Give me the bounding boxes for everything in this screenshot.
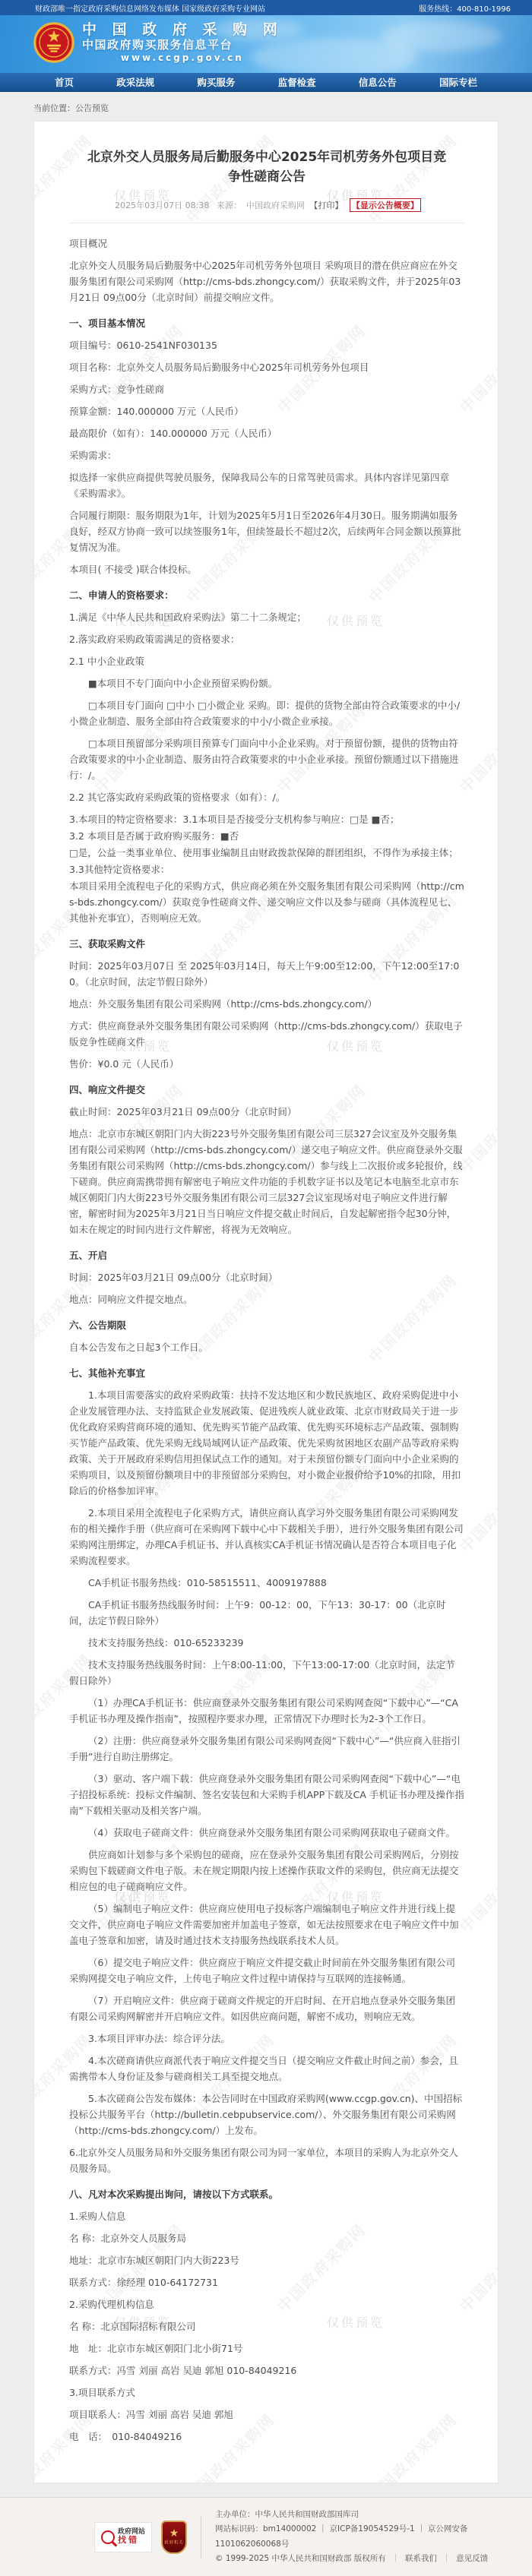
print-button[interactable]: 【打印】 (309, 199, 343, 211)
article-paragraph: 联系方式：徐经理 010-64172731 (69, 2274, 464, 2290)
top-slogan: 财政部唯一指定政府采购信息网络发布媒体 国家级政府采购专业网站 (35, 2, 265, 14)
hotline-label: 服务热线： (419, 5, 457, 14)
error-badge-line2: 找错 (118, 2536, 145, 2546)
site-logo[interactable]: 中 国 政 府 采 购 网 中国政府购买服务信息平台 www.ccgp.gov.… (33, 21, 283, 64)
article-paragraph: （5）编制电子响应文件：供应商应使用电子投标客户端编制电子响应文件并进行线上提交… (69, 1901, 464, 1949)
article-paragraph: 拟选择一家供应商提供驾驶员服务，保障我局公车的日常驾驶员需求。具体内容详见第四章… (69, 469, 464, 501)
contact-us-link[interactable]: 联系我们 (405, 2554, 437, 2563)
section-heading: 八、凡对本次采购提出询问，请按以下方式联系。 (69, 2186, 464, 2202)
article-paragraph: （6）提交电子响应文件：供应商应于响应文件提交截止时间前在外交服务集团有限公司采… (69, 1955, 464, 1987)
article-paragraph: 北京外交人员服务局后勤服务中心2025年司机劳务外包项目 采购项目的潜在供应商应… (69, 258, 464, 305)
article-paragraph: 2.采购代理机构信息 (69, 2296, 464, 2312)
section-heading: 一、项目基本情况 (69, 315, 464, 331)
article-paragraph: 项目概况 (69, 235, 464, 251)
article-paragraph: 合同履行期限：服务期限为1年，计划为2025年5月1日至2026年4月30日。服… (69, 507, 464, 555)
article-paragraph: 售价：¥0.0 元（人民币） (69, 1056, 464, 1072)
article-paragraph: 地点：同响应文件提交地点。 (69, 1291, 464, 1307)
article-paragraph: 时间：2025年03月21日 09点00分（北京时间） (69, 1269, 464, 1285)
footer-separator: ｜ (442, 2554, 451, 2563)
article-paragraph: 2.1 中小企业政策 (69, 653, 464, 669)
announcement-content: 北京外交人员服务局后勤服务中心2025年司机劳务外包项目竞争性磋商公告 2025… (34, 122, 498, 2483)
article-paragraph: 项目名称：北京外交人员服务局后勤服务中心2025年司机劳务外包项目 (69, 359, 464, 375)
article-paragraph: 地址：北京市东城区朝阳门内大街223号 (69, 2252, 464, 2268)
nav-item-announcements[interactable]: 信息公告 (359, 75, 397, 89)
nav-item-international[interactable]: 国际专栏 (439, 75, 477, 89)
show-summary-button[interactable]: 【显示公告概要】 (350, 198, 421, 212)
article-paragraph: 供应商如计划参与多个采购包的磋商，应在登录外交服务集团有限公司采购网后，分别按采… (69, 1847, 464, 1895)
national-emblem-icon (33, 22, 74, 63)
site-logo-text: 中 国 政 府 采 购 网 中国政府购买服务信息平台 www.ccgp.gov.… (82, 21, 283, 64)
site-subtitle: 中国政府购买服务信息平台 (82, 38, 283, 52)
article-paragraph: 项目编号：0610-2541NF030135 (69, 337, 464, 353)
footer-divider (201, 2516, 201, 2559)
article-paragraph: 1.满足《中华人民共和国政府采购法》第二十二条规定； (69, 609, 464, 625)
article-paragraph: 6.北京外交人员服务局和外交服务集团有限公司为同一家单位，本项目的采购人为北京外… (69, 2145, 464, 2176)
article-paragraph: （3）驱动、客户端下载：供应商登录外交服务集团有限公司采购网查阅“下载中心”—“… (69, 1771, 464, 1819)
hotline-number: 400-810-1996 (457, 5, 511, 14)
gov-agency-shield-badge[interactable]: ★ 政府机关 (161, 2521, 187, 2554)
article-body: 项目概况北京外交人员服务局后勤服务中心2025年司机劳务外包项目 采购项目的潜在… (69, 235, 464, 2445)
article-paragraph: 方式：供应商登录外交服务集团有限公司采购网（http://cms-bds.zho… (69, 1018, 464, 1050)
article-paragraph: 名 称：北京国际招标有限公司 (69, 2318, 464, 2334)
section-heading: 七、其他补充事宜 (69, 1365, 464, 1381)
shield-label: 政府机关 (164, 2539, 183, 2545)
article-paragraph: CA手机证书服务热线服务时间：上午9：00-12：00，下午13：30-17：0… (69, 1597, 464, 1629)
article-paragraph: 地点：外交服务集团有限公司采购网（http://cms-bds.zhongcy.… (69, 996, 464, 1012)
article-paragraph: （4）获取电子磋商文件：供应商登录外交服务集团有限公司采购网获取电子磋商文件。 (69, 1825, 464, 1841)
article-paragraph: 1.本项目需要落实的政府采购政策：扶持不发达地区和少数民族地区、政府采购促进中小… (69, 1387, 464, 1499)
publish-datetime: 2025年03月07日 08:38 (115, 201, 209, 210)
article-paragraph: 3.本项目的特定资格要求：3.1本项目是否接受分支机构参与响应：□是 ■否； (69, 811, 464, 827)
article-paragraph: 地点：北京市东城区朝阳门内大街223号外交服务集团有限公司三层327会议室及外交… (69, 1126, 464, 1237)
article-paragraph: 技术支持服务热线：010-65233239 (69, 1635, 464, 1651)
feedback-link[interactable]: 意见反馈 (456, 2554, 488, 2563)
nav-item-supervision[interactable]: 监督检查 (278, 75, 316, 89)
article-paragraph: 最高限价（如有）：140.000000 万元（人民币） (69, 425, 464, 441)
source-name: 中国政府采购网 (246, 201, 305, 210)
error-badge-text: 政府网站 找错 (118, 2528, 145, 2546)
footer: 政府网站 找错 ★ 政府机关 主办单位：中华人民共和国财政部国库司 网站标识码：… (0, 2497, 532, 2576)
article-paragraph: 3.本项目评审办法：综合评分法。 (69, 2031, 464, 2047)
article-paragraph: 采购方式：竞争性磋商 (69, 381, 464, 397)
site-name: 中 国 政 府 采 购 网 (82, 21, 283, 38)
article-paragraph: 预算金额：140.000000 万元（人民币） (69, 403, 464, 419)
article-paragraph: 本项目采用全流程电子化的采购方式，供应商必须在外交服务集团有限公司采购网（htt… (69, 878, 464, 926)
article-paragraph: □本项目预留部分采购项目预算专门面向中小企业采购。对于预留份额，提供的货物由符合… (69, 735, 464, 783)
article-paragraph: 时间：2025年03月07日 至 2025年03月14日，每天上午9:00至12… (69, 958, 464, 990)
article-paragraph: 地 址：北京市东城区朝阳门北小街71号 (69, 2341, 464, 2356)
footer-organizer: 主办单位：中华人民共和国财政部国库司 (215, 2508, 509, 2522)
footer-separator: ｜ (391, 2554, 400, 2563)
section-heading: 二、申请人的资格要求： (69, 587, 464, 603)
article-paragraph: 4.本次磋商请供应商派代表于响应文件提交当日（提交响应文件截止时间之前）参会，且… (69, 2053, 464, 2085)
article-paragraph: □本项目专门面向 □中小 □小微企业 采购。即：提供的货物全部由符合政策要求的中… (69, 697, 464, 729)
article-paragraph: （1）办理CA手机证书：供应商登录外交服务集团有限公司采购网查阅“下载中心”—“… (69, 1695, 464, 1727)
hotline: 服务热线：400-810-1996 (419, 2, 511, 14)
announcement-card: 中国政府采购网中国政府采购网中国政府采购网中国政府采购网中国政府采购网中国政府采… (33, 121, 499, 2483)
page-title: 北京外交人员服务局后勤服务中心2025年司机劳务外包项目竞争性磋商公告 (83, 147, 451, 188)
gov-site-error-badge[interactable]: 政府网站 找错 (94, 2522, 152, 2552)
nav-item-home[interactable]: 首页 (55, 75, 74, 89)
site-url: www.ccgp.gov.cn (82, 52, 283, 64)
copyright-text: © 1999-2025 中华人民共和国财政部 版权所有 (215, 2554, 386, 2563)
shield-star-icon: ★ (169, 2528, 179, 2539)
article-paragraph: 采购需求： (69, 447, 464, 463)
article-paragraph: 项目联系人：冯雪 刘丽 高岩 吴迪 郭旭 (69, 2407, 464, 2423)
article-paragraph: 3.项目联系方式 (69, 2385, 464, 2401)
main-nav: 首页 政采法规 购买服务 监督检查 信息公告 国际专栏 (0, 73, 532, 92)
article-paragraph: 2.本项目采用全流程电子化采购方式，请供应商认真学习外交服务集团有限公司采购网发… (69, 1505, 464, 1569)
magnifier-icon (101, 2530, 115, 2544)
article-paragraph: 5.本次磋商公告发布媒体：本公告同时在中国政府采购网(www.ccgp.gov.… (69, 2091, 464, 2138)
breadcrumb: 当前位置：公告预览 (33, 102, 499, 114)
article-paragraph: 3.3其他特定资格要求： (69, 861, 464, 877)
article-paragraph: 截止时间：2025年03月21日 09点00分（北京时间） (69, 1104, 464, 1120)
article-paragraph: □是，公益一类事业单位、使用事业编制且由财政拨款保障的群团组织，不得作为承接主体… (69, 845, 464, 861)
article-paragraph: ■本项目不专门面向中小企业预留采购份额。 (69, 675, 464, 691)
article-paragraph: （2）注册：供应商登录外交服务集团有限公司采购网查阅“下载中心”—“供应商入驻指… (69, 1733, 464, 1765)
article-meta: 2025年03月07日 08:38 来源：中国政府采购网 【打印】 【显示公告概… (69, 198, 464, 223)
page: 财政部唯一指定政府采购信息网络发布媒体 国家级政府采购专业网站 服务热线：400… (0, 0, 532, 2576)
breadcrumb-current: 公告预览 (75, 103, 109, 113)
nav-item-purchase-services[interactable]: 购买服务 (197, 75, 235, 89)
article-paragraph: 本项目( 不接受 )联合体投标。 (69, 561, 464, 577)
footer-site-ids: 网站标识码：bm14000002 ｜ 京ICP备19054529号-1 ｜ 京公… (215, 2522, 509, 2552)
breadcrumb-label: 当前位置： (33, 103, 75, 113)
article-paragraph: 自本公告发布之日起3个工作日。 (69, 1339, 464, 1355)
site-banner: 中 国 政 府 采 购 网 中国政府购买服务信息平台 www.ccgp.gov.… (0, 15, 532, 73)
article-paragraph: 技术支持服务热线服务时间：上午8:00-11:00，下午13:00-17:00（… (69, 1657, 464, 1689)
article-paragraph: 1.采购人信息 (69, 2208, 464, 2224)
footer-copyright-row: © 1999-2025 中华人民共和国财政部 版权所有 ｜ 联系我们 ｜ 意见反… (215, 2552, 509, 2566)
article-paragraph: 2.落实政府采购政策需满足的资格要求： (69, 631, 464, 647)
source-label: 来源： (217, 201, 242, 210)
article-paragraph: 电 话： 010-84049216 (69, 2429, 464, 2445)
article-paragraph: 2.2 其它落实政府采购政策的资格要求（如有）：/。 (69, 789, 464, 805)
footer-text: 主办单位：中华人民共和国财政部国库司 网站标识码：bm14000002 ｜ 京I… (215, 2508, 509, 2567)
section-heading: 四、响应文件提交 (69, 1082, 464, 1098)
nav-item-regulations[interactable]: 政采法规 (116, 75, 154, 89)
section-heading: 五、开启 (69, 1247, 464, 1263)
article-paragraph: 名 称：北京外交人员服务局 (69, 2230, 464, 2246)
section-heading: 三、获取采购文件 (69, 936, 464, 952)
section-heading: 六、公告期限 (69, 1317, 464, 1333)
article-paragraph: CA手机证书服务热线：010-58515511、4009197888 (69, 1575, 464, 1591)
article-paragraph: 联系方式：冯雪 刘丽 高岩 吴迪 郭旭 010-84049216 (69, 2363, 464, 2378)
article-paragraph: （7）开启响应文件：供应商于磋商文件规定的开启时间、在开启地点登录外交服务集团有… (69, 1993, 464, 2024)
top-bar: 财政部唯一指定政府采购信息网络发布媒体 国家级政府采购专业网站 服务热线：400… (0, 0, 532, 15)
article-paragraph: 3.2 本项目是否属于政府购买服务：■否 (69, 828, 464, 844)
